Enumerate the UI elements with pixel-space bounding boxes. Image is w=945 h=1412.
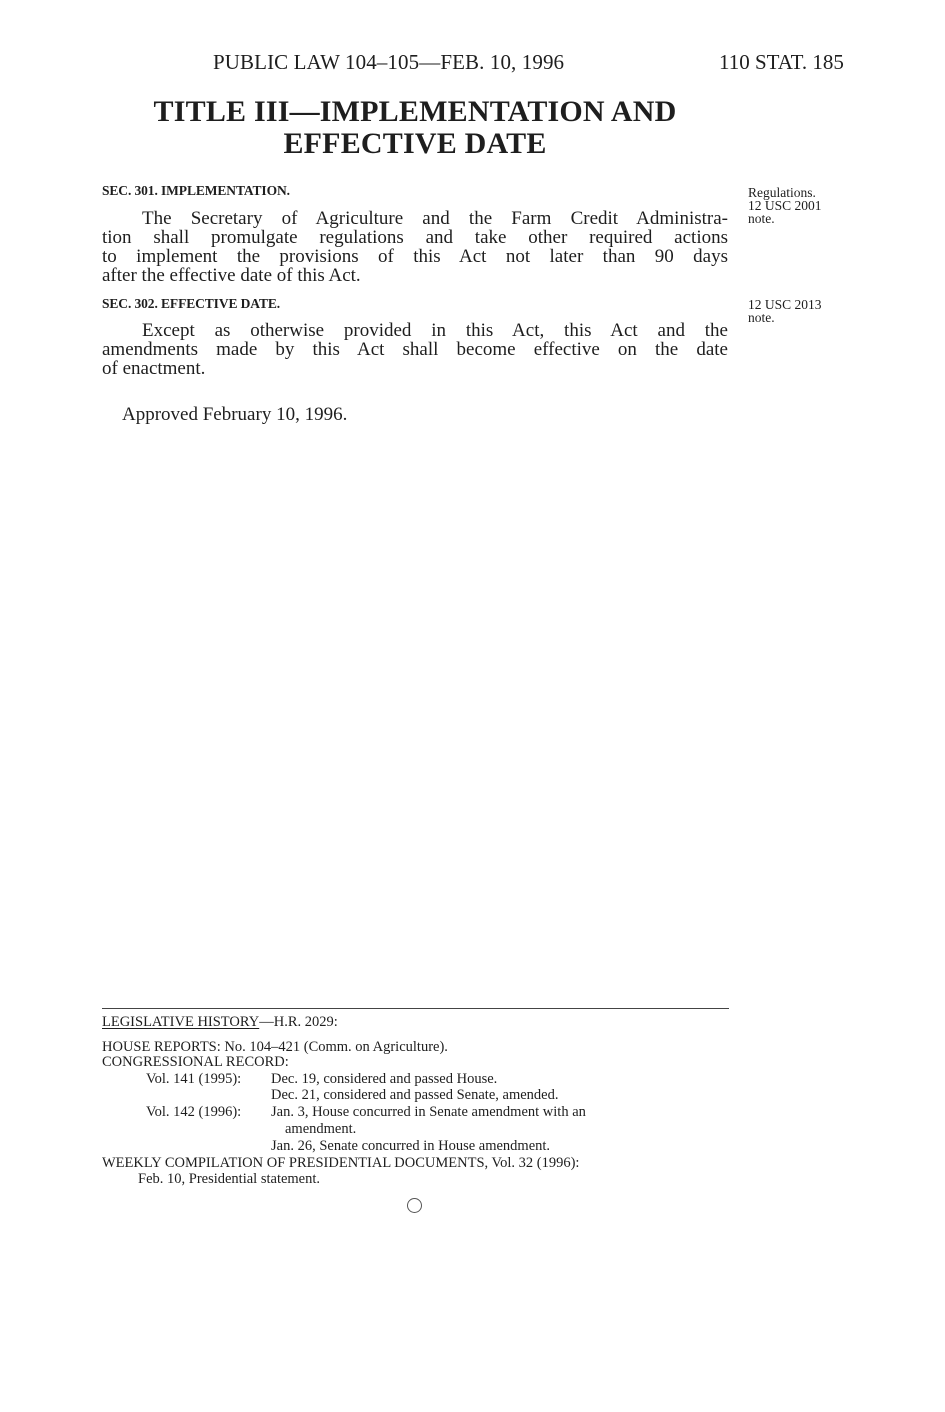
margin-note-line: note.: [748, 212, 822, 225]
vol-141-entry: Dec. 19, considered and passed House.: [271, 1071, 497, 1087]
house-reports: HOUSE REPORTS: No. 104–421 (Comm. on Agr…: [102, 1039, 448, 1055]
weekly-compilation: WEEKLY COMPILATION OF PRESIDENTIAL DOCUM…: [102, 1155, 579, 1171]
running-head: PUBLIC LAW 104–105—FEB. 10, 1996: [213, 50, 564, 75]
vol-141-entry: Dec. 21, considered and passed Senate, a…: [271, 1087, 558, 1103]
footnote-rule: [102, 1008, 729, 1009]
vol-142-label: Vol. 142 (1996):: [146, 1104, 241, 1120]
section-301-body: The Secretary of Agriculture and the Far…: [102, 209, 728, 285]
end-of-document-circle-icon: [407, 1198, 422, 1213]
section-302-heading: SEC. 302. EFFECTIVE DATE.: [102, 296, 280, 312]
margin-note-line: note.: [748, 311, 822, 324]
vol-142-entry: Jan. 26, Senate concurred in House amend…: [271, 1138, 550, 1154]
vol-141-label: Vol. 141 (1995):: [146, 1071, 241, 1087]
title-heading: TITLE III—IMPLEMENTATION AND EFFECTIVE D…: [100, 96, 730, 160]
body-line: tion shall promulgate regulations and ta…: [102, 228, 728, 247]
body-line: The Secretary of Agriculture and the Far…: [102, 209, 728, 228]
body-line: to implement the provisions of this Act …: [102, 247, 728, 266]
section-301-heading: SEC. 301. IMPLEMENTATION.: [102, 183, 290, 199]
body-line: of enactment.: [102, 359, 728, 378]
stat-page-reference: 110 STAT. 185: [719, 50, 844, 75]
approval-date: Approved February 10, 1996.: [122, 404, 347, 426]
body-line: amendments made by this Act shall become…: [102, 340, 728, 359]
weekly-compilation-entry: Feb. 10, Presidential statement.: [138, 1171, 320, 1187]
body-line: Except as otherwise provided in this Act…: [102, 321, 728, 340]
body-line: after the effective date of this Act.: [102, 266, 728, 285]
vol-142-entry: amendment.: [285, 1121, 356, 1137]
vol-142-entry: Jan. 3, House concurred in Senate amendm…: [271, 1104, 586, 1120]
legislative-history-title: LEGISLATIVE HISTORY—H.R. 2029:: [102, 1014, 338, 1030]
title-line-2: EFFECTIVE DATE: [100, 128, 730, 160]
margin-note-302: 12 USC 2013 note.: [748, 298, 822, 324]
title-line-1: TITLE III—IMPLEMENTATION AND: [100, 96, 730, 128]
section-302-body: Except as otherwise provided in this Act…: [102, 321, 728, 378]
margin-note-301: Regulations. 12 USC 2001 note.: [748, 186, 822, 225]
congressional-record-label: CONGRESSIONAL RECORD:: [102, 1054, 289, 1070]
